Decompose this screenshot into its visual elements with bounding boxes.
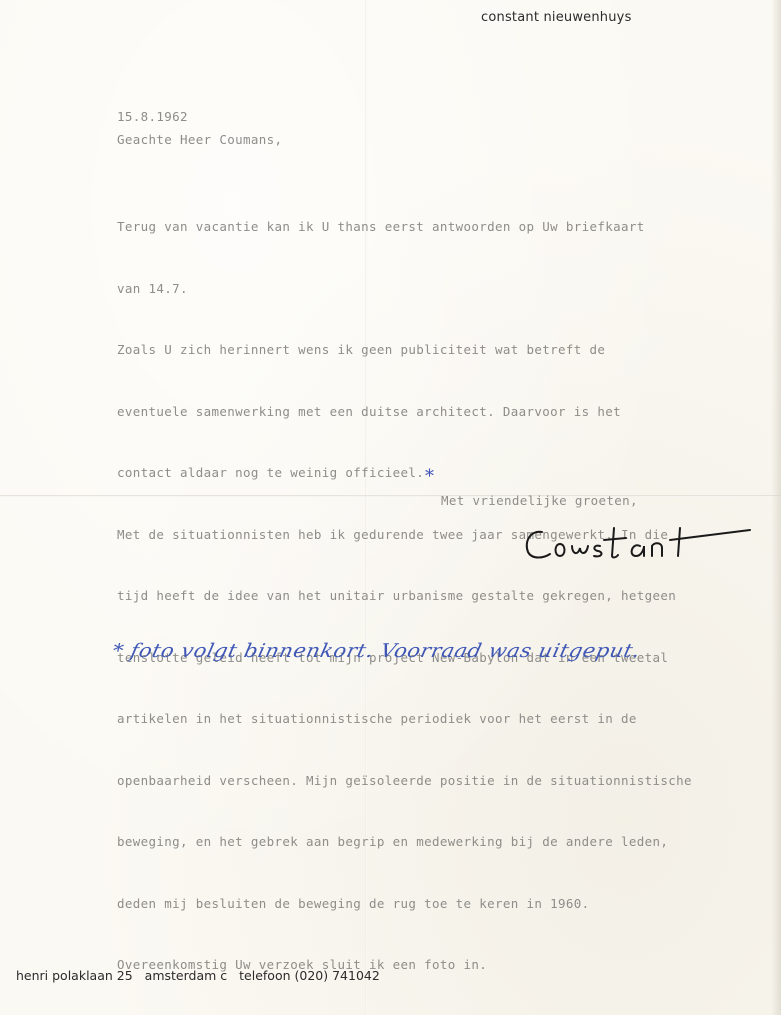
body-line: contact aldaar nog te weinig officieel.: [117, 463, 692, 484]
body-line: artikelen in het situationnistische peri…: [117, 709, 692, 730]
body-line: eventuele samenwerking met een duitse ar…: [117, 402, 692, 423]
asterisk-mark: *: [425, 466, 434, 487]
footer-address: henri polaklaan 25: [16, 968, 133, 983]
letterhead-footer: henri polaklaan 25 amsterdam c telefoon …: [16, 968, 380, 983]
scan-bottom-edge: [0, 1015, 781, 1023]
body-line: deden mij besluiten de beweging de rug t…: [117, 894, 692, 915]
letter-closing: Met vriendelijke groeten,: [441, 493, 638, 508]
letter-date: 15.8.1962: [117, 107, 188, 128]
paper-edge-shadow: [771, 0, 781, 1023]
signature-constant: [520, 518, 760, 568]
letter-body: Terug van vacantie kan ik U thans eerst …: [117, 176, 692, 996]
body-line: openbaarheid verscheen. Mijn geïsoleerde…: [117, 771, 692, 792]
body-line: Terug van vacantie kan ik U thans eerst …: [117, 217, 692, 238]
letter-salutation: Geachte Heer Coumans,: [117, 130, 282, 151]
letterhead-name: constant nieuwenhuys: [481, 10, 632, 25]
body-line: tijd heeft de idee van het unitair urban…: [117, 586, 692, 607]
footer-city: amsterdam c: [145, 968, 227, 983]
body-line: Zoals U zich herinnert wens ik geen publ…: [117, 340, 692, 361]
footer-phone: telefoon (020) 741042: [239, 968, 380, 983]
body-line: beweging, en het gebrek aan begrip en me…: [117, 832, 692, 853]
body-line: van 14.7.: [117, 279, 692, 300]
handwritten-footnote: * foto volgt binnenkort. Voorraad was ui…: [110, 640, 642, 662]
